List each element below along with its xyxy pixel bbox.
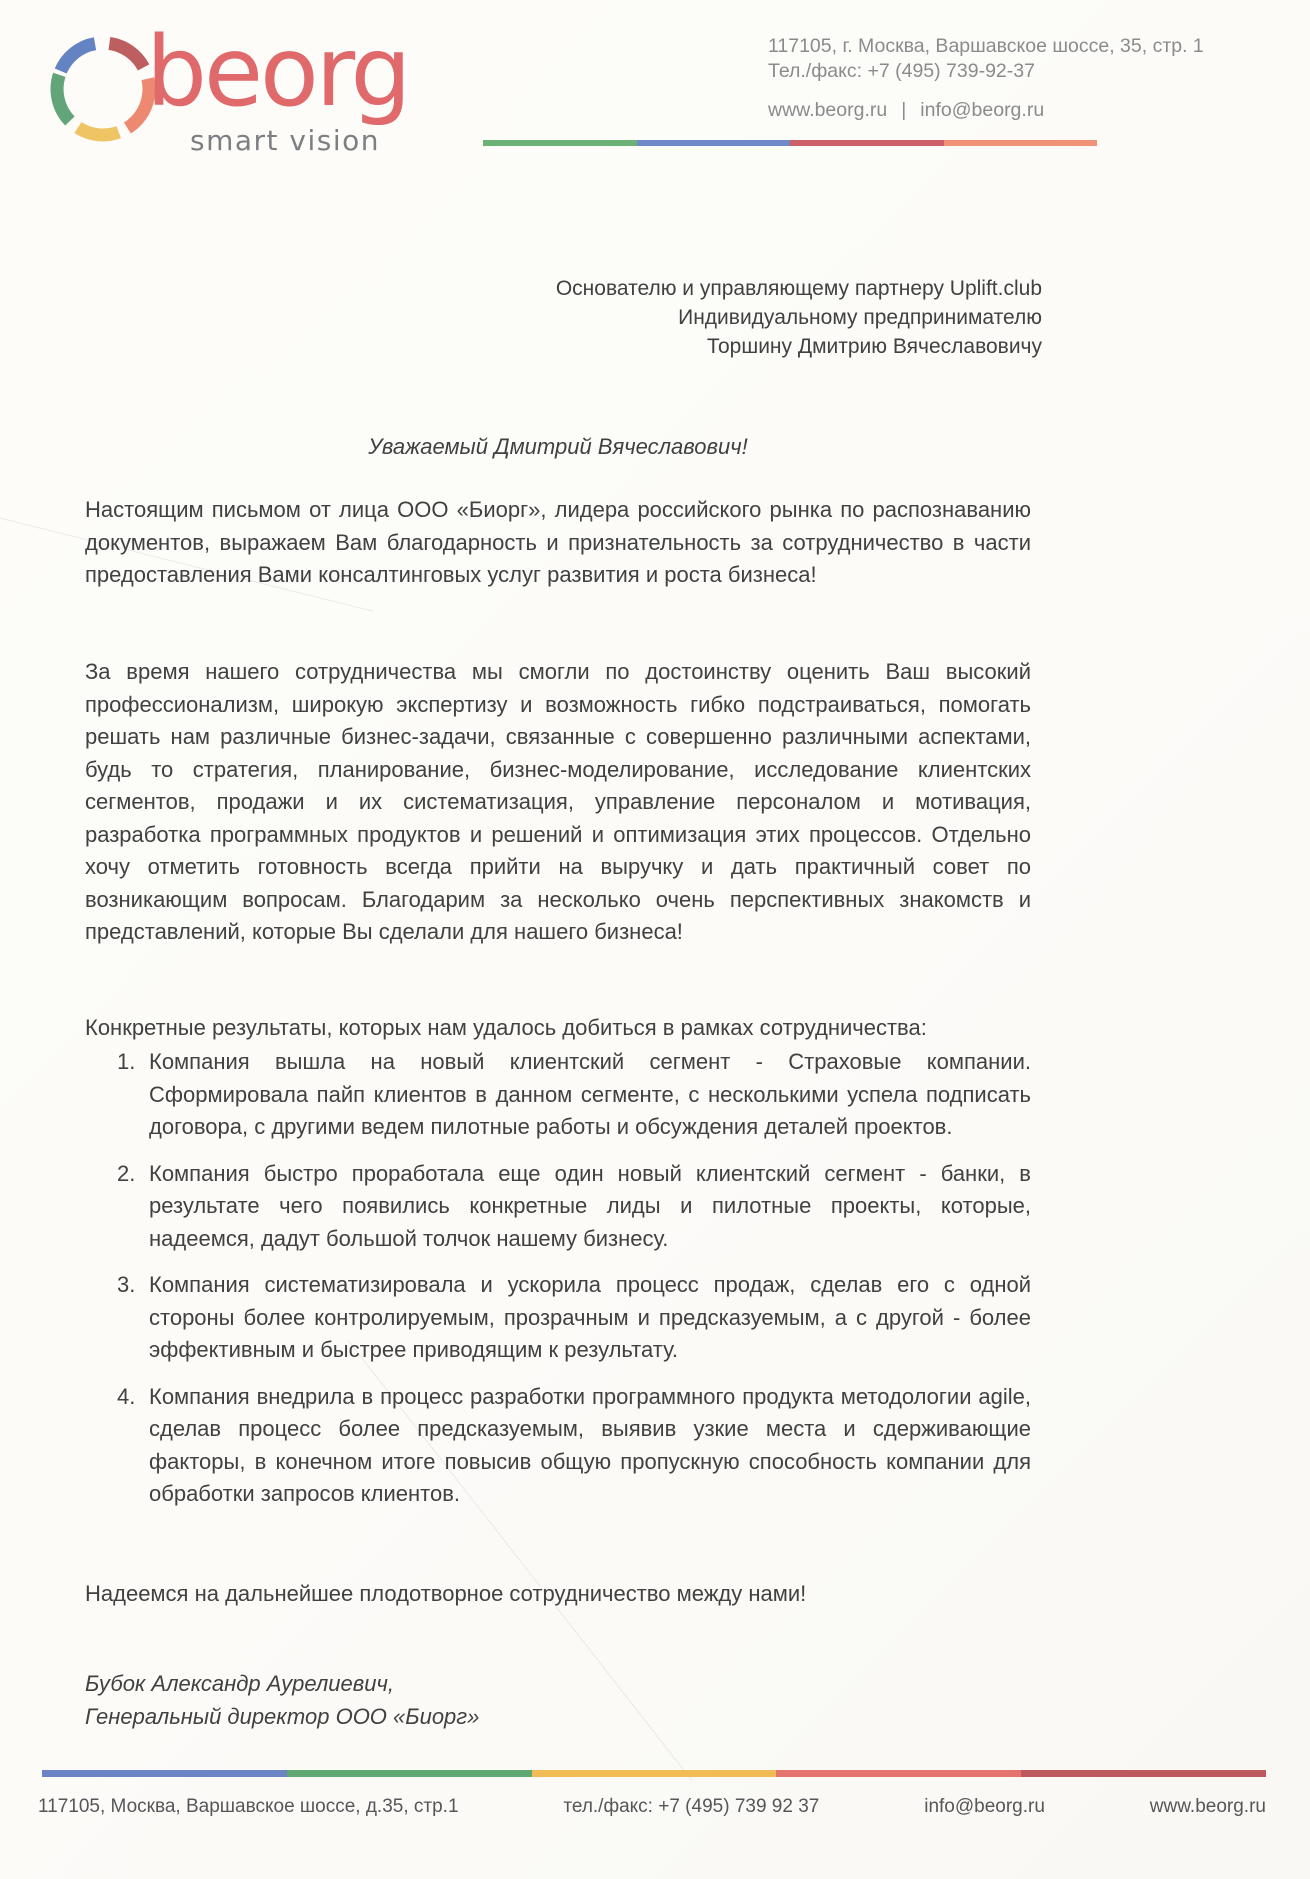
header-rule-green (483, 140, 637, 146)
signature-title: Генеральный директор ООО «Биорг» (85, 1701, 1031, 1734)
brand-wordmark: beorg (146, 22, 408, 122)
closing-line: Надеемся на дальнейшее плодотворное сотр… (85, 1578, 1031, 1611)
footer-phone: тел./факс: +7 (495) 739 92 37 (563, 1796, 819, 1818)
recipient-block: Основателю и управляющему партнеру Uplif… (556, 274, 1042, 361)
footer-contact-row: 117105, Москва, Варшавское шоссе, д.35, … (38, 1796, 1266, 1818)
result-text: Компания внедрила в процесс разработки п… (149, 1381, 1031, 1511)
paragraph-gratitude: Настоящим письмом от лица ООО «Биорг», л… (85, 494, 1031, 592)
logo-arc-yellow-icon (78, 128, 119, 135)
footer-website: www.beorg.ru (1150, 1796, 1266, 1818)
salutation: Уважаемый Дмитрий Вячеславович! (85, 434, 1031, 460)
header-rule-blue (637, 140, 791, 146)
result-item-1: 1. Компания вышла на новый клиентский се… (85, 1046, 1031, 1144)
header-rule-red (790, 140, 944, 146)
recipient-line-3: Торшину Дмитрию Вячеславовичу (556, 332, 1042, 361)
results-intro: Конкретные результаты, которых нам удало… (85, 1012, 1031, 1045)
brand-tagline: smart vision (190, 124, 380, 157)
footer-rule-darkred (1021, 1770, 1266, 1777)
header-web-line: www.beorg.ru|info@beorg.ru (768, 98, 1204, 123)
logo-arc-green-icon (57, 75, 70, 121)
result-number: 4. (117, 1381, 149, 1511)
header-email: info@beorg.ru (920, 99, 1044, 121)
result-text: Компания систематизировала и ускорила пр… (149, 1269, 1031, 1367)
header-color-rule (483, 140, 1097, 146)
header-website: www.beorg.ru (768, 99, 887, 121)
footer-rule-salmon (776, 1770, 1021, 1777)
header-separator: | (887, 99, 920, 121)
paragraph-cooperation: За время нашего сотрудничества мы смогли… (85, 656, 1031, 949)
header-contact-block: 117105, г. Москва, Варшавское шоссе, 35,… (768, 34, 1204, 123)
result-text: Компания быстро проработала еще один нов… (149, 1158, 1031, 1256)
scanned-letter-page: beorg smart vision 117105, г. Москва, Ва… (0, 0, 1310, 1879)
result-number: 3. (117, 1269, 149, 1367)
results-list: 1. Компания вышла на новый клиентский се… (85, 1046, 1031, 1511)
footer-rule-blue (42, 1770, 287, 1777)
recipient-line-2: Индивидуальному предпринимателю (556, 303, 1042, 332)
header-phone: Тел./факс: +7 (495) 739-92-37 (768, 59, 1204, 84)
footer-color-rule (42, 1770, 1266, 1777)
header-address: 117105, г. Москва, Варшавское шоссе, 35,… (768, 34, 1204, 59)
logo-arc-red-icon (109, 43, 143, 67)
result-number: 1. (117, 1046, 149, 1144)
result-number: 2. (117, 1158, 149, 1256)
footer-rule-green (287, 1770, 532, 1777)
recipient-line-1: Основателю и управляющему партнеру Uplif… (556, 274, 1042, 303)
signature-name: Бубок Александр Аурелиевич, (85, 1668, 1031, 1701)
result-item-4: 4. Компания внедрила в процесс разработк… (85, 1381, 1031, 1511)
footer-rule-yellow (532, 1770, 777, 1777)
signature-block: Бубок Александр Аурелиевич, Генеральный … (85, 1668, 1031, 1733)
logo-arc-blue-icon (61, 44, 95, 71)
footer-email: info@beorg.ru (924, 1796, 1045, 1818)
result-item-2: 2. Компания быстро проработала еще один … (85, 1158, 1031, 1256)
result-text: Компания вышла на новый клиентский сегме… (149, 1046, 1031, 1144)
result-item-3: 3. Компания систематизировала и ускорила… (85, 1269, 1031, 1367)
header-rule-orange (944, 140, 1098, 146)
footer-address: 117105, Москва, Варшавское шоссе, д.35, … (38, 1796, 459, 1818)
